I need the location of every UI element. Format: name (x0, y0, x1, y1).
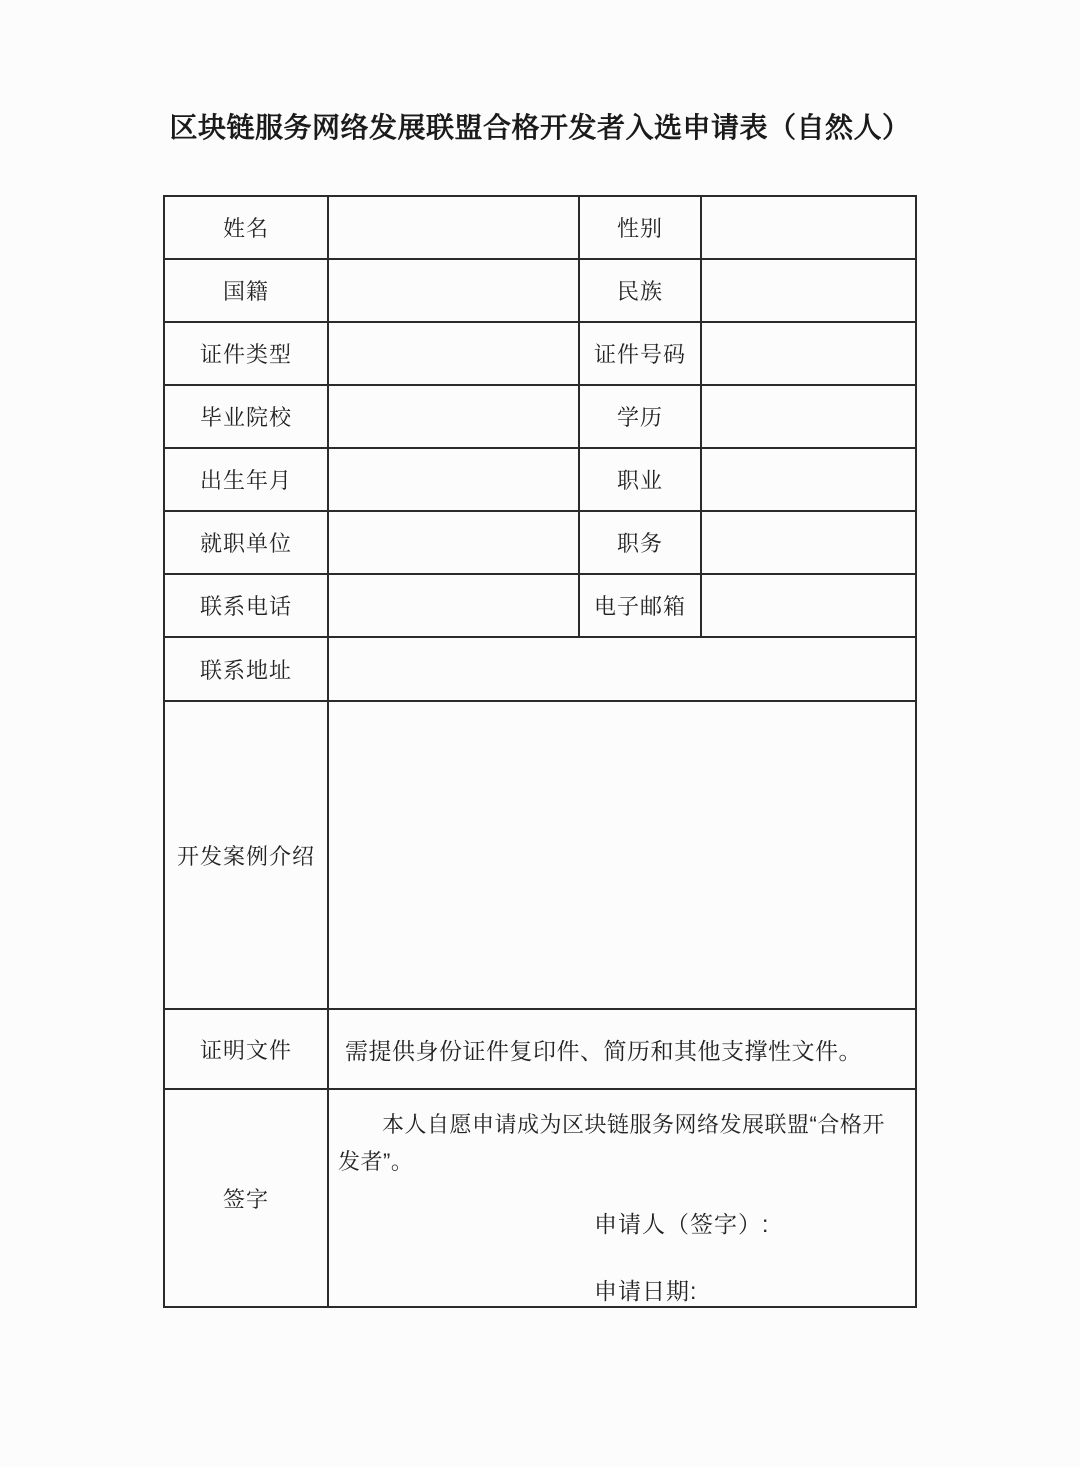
field-label-employer: 就职单位 (164, 511, 328, 574)
field-label-nationality: 国籍 (164, 259, 328, 322)
field-label-ethnicity: 民族 (579, 259, 701, 322)
table-row-documents: 证明文件 需提供身份证件复印件、简历和其他支撑性文件。 (164, 1009, 916, 1089)
field-value-nationality (328, 259, 579, 322)
field-label-phone: 联系电话 (164, 574, 328, 637)
application-form-table: 姓名 性别 国籍 民族 证件类型 证件号码 毕业院校 学历 (163, 195, 917, 1308)
field-label-school: 毕业院校 (164, 385, 328, 448)
field-value-phone (328, 574, 579, 637)
field-value-email (701, 574, 916, 637)
field-label-email: 电子邮箱 (579, 574, 701, 637)
signature-declaration: 本人自愿申请成为区块链服务网络发展联盟“合格开发者”。 (338, 1106, 903, 1180)
table-row-signature: 签字 本人自愿申请成为区块链服务网络发展联盟“合格开发者”。 申请人（签字）: … (164, 1089, 916, 1307)
field-label-documents: 证明文件 (164, 1009, 328, 1089)
table-row-birthdate-occupation: 出生年月 职业 (164, 448, 916, 511)
field-label-occupation: 职业 (579, 448, 701, 511)
field-value-position (701, 511, 916, 574)
field-value-id-type (328, 322, 579, 385)
field-value-address (328, 637, 916, 701)
signature-content-cell: 本人自愿申请成为区块链服务网络发展联盟“合格开发者”。 申请人（签字）: 申请日… (328, 1089, 916, 1307)
field-value-school (328, 385, 579, 448)
page-title: 区块链服务网络发展联盟合格开发者入选申请表（自然人） (0, 0, 1080, 146)
field-label-position: 职务 (579, 511, 701, 574)
field-label-id-type: 证件类型 (164, 322, 328, 385)
field-value-documents: 需提供身份证件复印件、简历和其他支撑性文件。 (328, 1009, 916, 1089)
field-value-name (328, 196, 579, 259)
field-label-birth-date: 出生年月 (164, 448, 328, 511)
field-label-gender: 性别 (579, 196, 701, 259)
field-value-gender (701, 196, 916, 259)
field-label-id-number: 证件号码 (579, 322, 701, 385)
table-row-address: 联系地址 (164, 637, 916, 701)
field-label-dev-case: 开发案例介绍 (164, 701, 328, 1009)
table-row-phone-email: 联系电话 电子邮箱 (164, 574, 916, 637)
field-value-employer (328, 511, 579, 574)
field-value-birth-date (328, 448, 579, 511)
field-value-id-number (701, 322, 916, 385)
field-label-education: 学历 (579, 385, 701, 448)
field-value-ethnicity (701, 259, 916, 322)
field-label-address: 联系地址 (164, 637, 328, 701)
application-form-page: 区块链服务网络发展联盟合格开发者入选申请表（自然人） 姓名 性别 国籍 民族 证… (0, 0, 1080, 1467)
applicant-signature-line: 申请人（签字）: (329, 1206, 915, 1239)
table-row-school-education: 毕业院校 学历 (164, 385, 916, 448)
table-row-dev-case: 开发案例介绍 (164, 701, 916, 1009)
field-value-education (701, 385, 916, 448)
table-row-id-type-number: 证件类型 证件号码 (164, 322, 916, 385)
field-label-signature: 签字 (164, 1089, 328, 1307)
field-value-occupation (701, 448, 916, 511)
field-value-dev-case (328, 701, 916, 1009)
field-label-name: 姓名 (164, 196, 328, 259)
application-date-line: 申请日期: (329, 1273, 915, 1306)
table-row-nationality-ethnicity: 国籍 民族 (164, 259, 916, 322)
table-row-employer-position: 就职单位 职务 (164, 511, 916, 574)
table-row-name-gender: 姓名 性别 (164, 196, 916, 259)
